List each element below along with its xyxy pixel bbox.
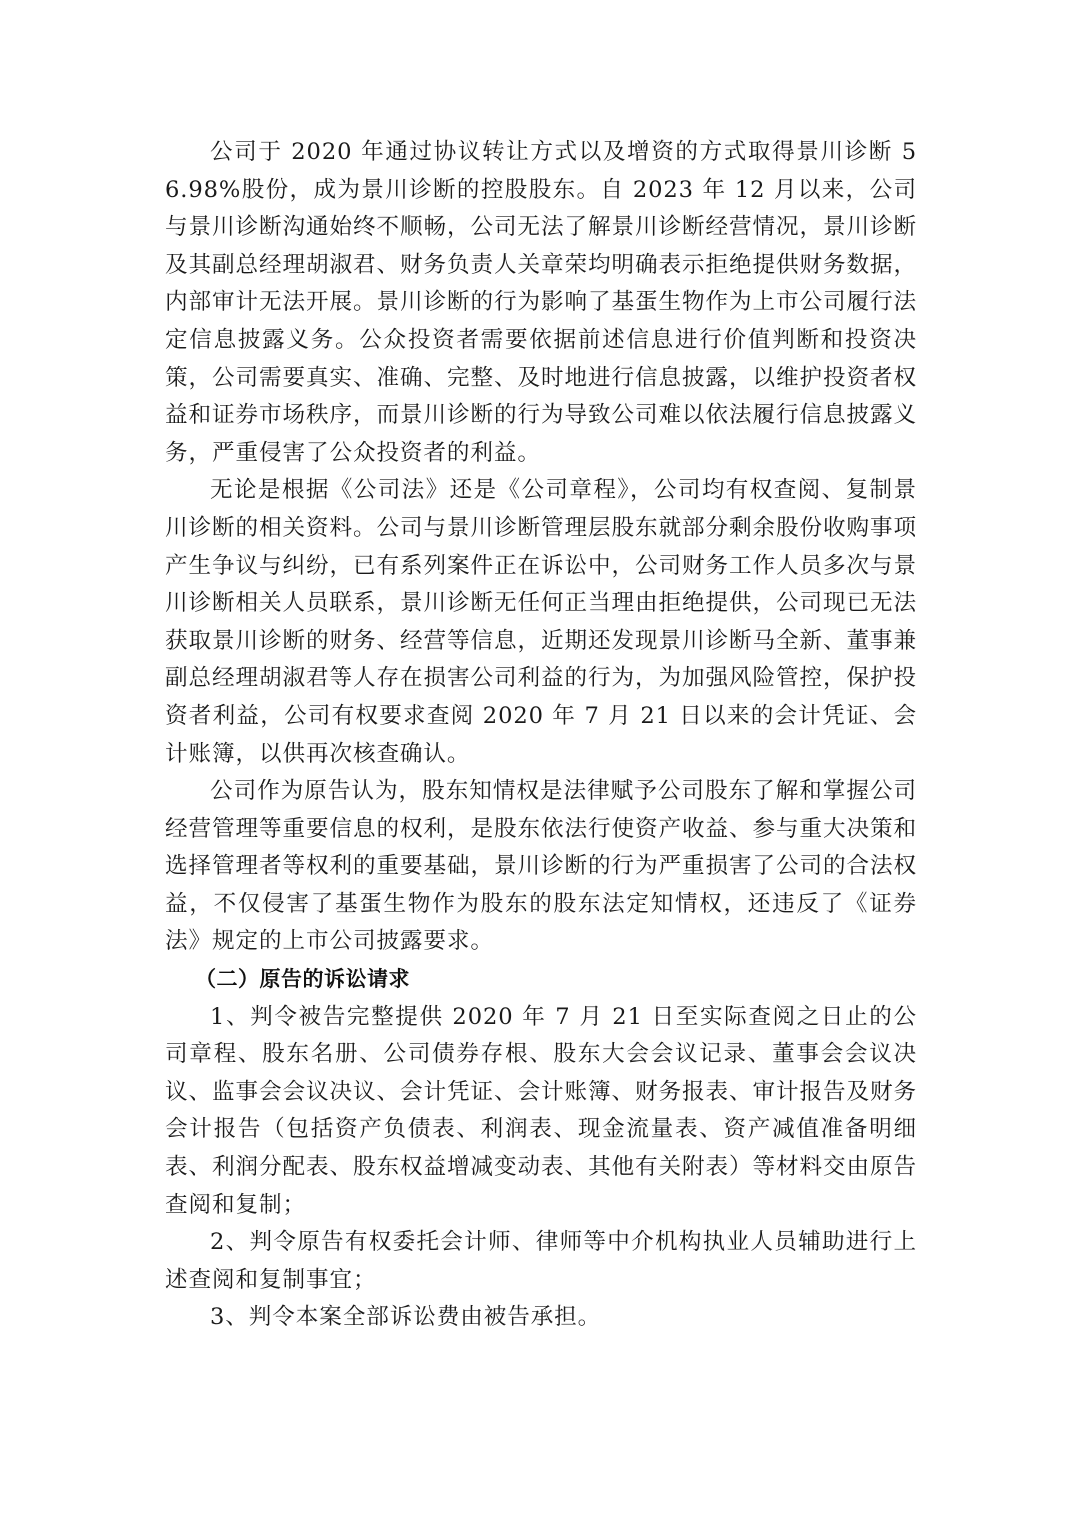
paragraph-control-background: 公司于 2020 年通过协议转让方式以及增资的方式取得景川诊断 56.98%股份… (165, 134, 917, 472)
claim-item-1: 1、判令被告完整提供 2020 年 7 月 21 日至实际查阅之日止的公司章程、… (165, 999, 917, 1225)
section-heading-claims: （二）原告的诉讼请求 (165, 961, 917, 999)
paragraph-right-to-inspect: 无论是根据《公司法》还是《公司章程》，公司均有权查阅、复制景川诊断的相关资料。公… (165, 472, 917, 773)
paragraph-plaintiff-position: 公司作为原告认为，股东知情权是法律赋予公司股东了解和掌握公司经营管理等重要信息的… (165, 773, 917, 961)
claim-item-3: 3、判令本案全部诉讼费由被告承担。 (165, 1299, 917, 1337)
claim-item-2: 2、判令原告有权委托会计师、律师等中介机构执业人员辅助进行上述查阅和复制事宜； (165, 1224, 917, 1299)
document-page: 公司于 2020 年通过协议转让方式以及增资的方式取得景川诊断 56.98%股份… (165, 134, 917, 1337)
